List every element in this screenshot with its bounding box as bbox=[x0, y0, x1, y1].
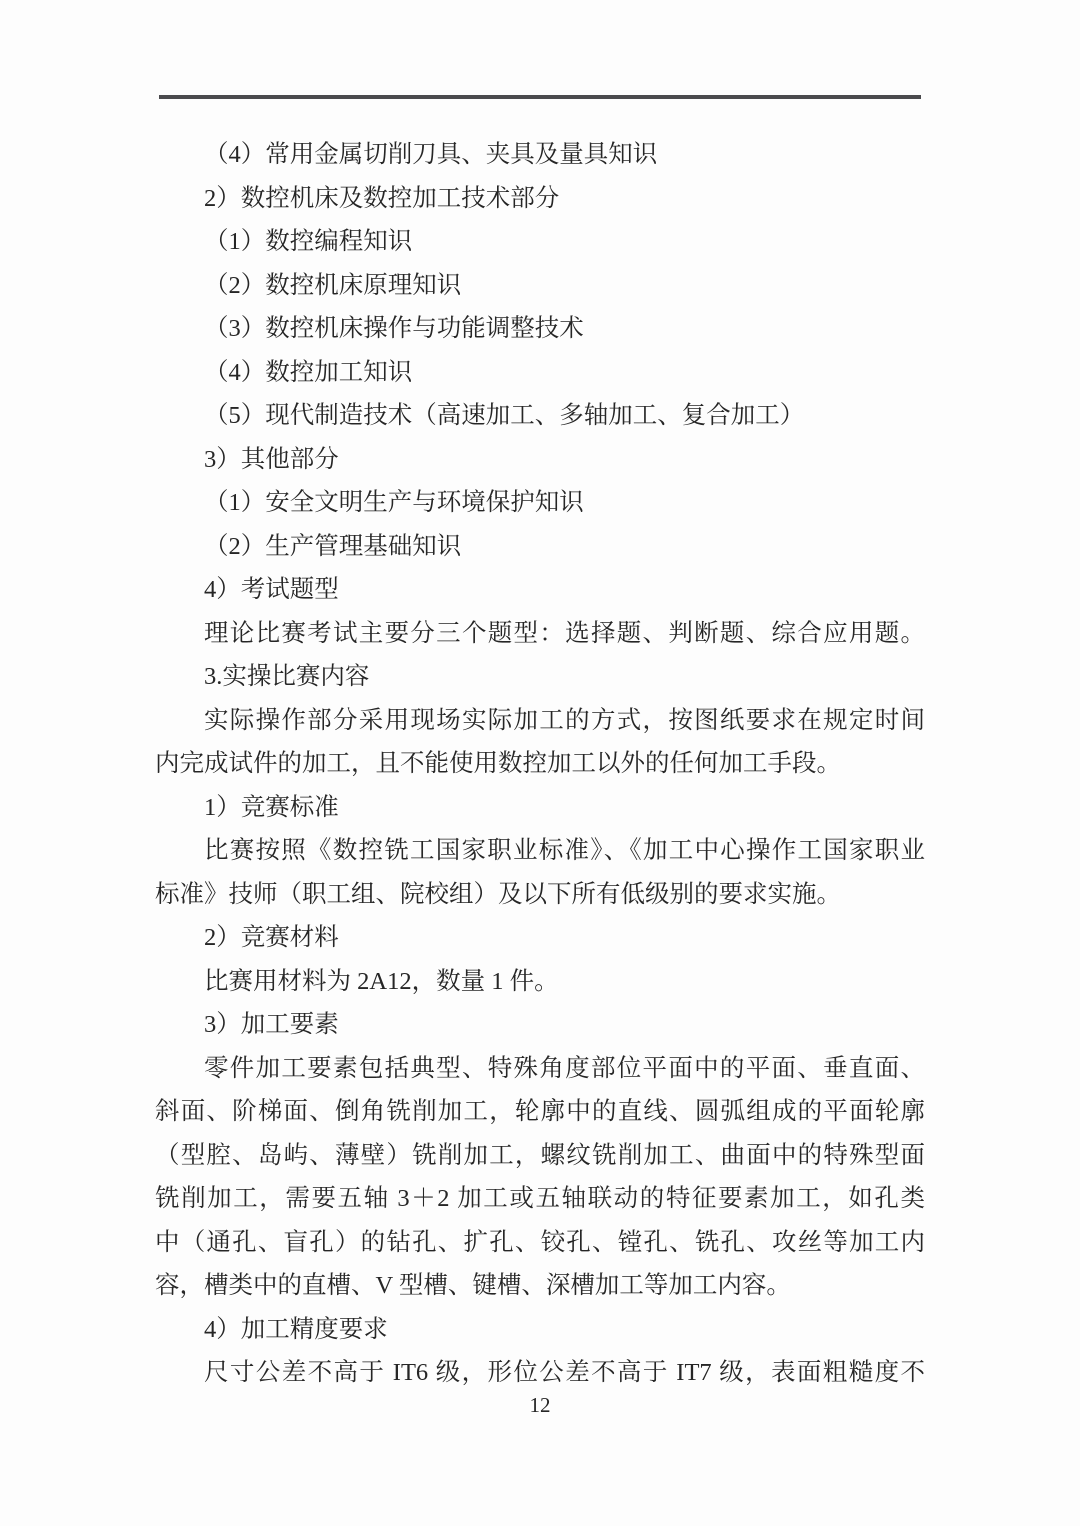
document-body: （4）常用金属切削刀具、夹具及量具知识2）数控机床及数控加工技术部分（1）数控编… bbox=[155, 133, 925, 1395]
text-line: 理论比赛考试主要分三个题型：选择题、判断题、综合应用题。 bbox=[155, 612, 925, 656]
text-line: （5）现代制造技术（高速加工、多轴加工、复合加工） bbox=[155, 394, 925, 438]
text-line: （2）生产管理基础知识 bbox=[155, 525, 925, 569]
text-line: 零件加工要素包括典型、特殊角度部位平面中的平面、垂直面、 bbox=[155, 1047, 925, 1091]
document-page: （4）常用金属切削刀具、夹具及量具知识2）数控机床及数控加工技术部分（1）数控编… bbox=[0, 0, 1080, 1526]
text-line: 4）考试题型 bbox=[155, 568, 925, 612]
text-line: 容，槽类中的直槽、V 型槽、键槽、深槽加工等加工内容。 bbox=[155, 1264, 925, 1308]
header-rule bbox=[159, 95, 921, 99]
text-line: 比赛用材料为 2A12，数量 1 件。 bbox=[155, 960, 925, 1004]
text-line: 内完成试件的加工，且不能使用数控加工以外的任何加工手段。 bbox=[155, 742, 925, 786]
text-line: 尺寸公差不高于 IT6 级，形位公差不高于 IT7 级，表面粗糙度不 bbox=[155, 1351, 925, 1395]
text-line: （4）常用金属切削刀具、夹具及量具知识 bbox=[155, 133, 925, 177]
text-line: 3）加工要素 bbox=[155, 1003, 925, 1047]
text-line: 中（通孔、盲孔）的钻孔、扩孔、铰孔、镗孔、铣孔、攻丝等加工内 bbox=[155, 1221, 925, 1265]
text-line: （2）数控机床原理知识 bbox=[155, 264, 925, 308]
text-line: （4）数控加工知识 bbox=[155, 351, 925, 395]
text-line: 斜面、阶梯面、倒角铣削加工，轮廓中的直线、圆弧组成的平面轮廓 bbox=[155, 1090, 925, 1134]
text-line: 铣削加工，需要五轴 3＋2 加工或五轴联动的特征要素加工，如孔类 bbox=[155, 1177, 925, 1221]
text-line: （1）数控编程知识 bbox=[155, 220, 925, 264]
text-line: 4）加工精度要求 bbox=[155, 1308, 925, 1352]
text-line: 标准》技师（职工组、院校组）及以下所有低级别的要求实施。 bbox=[155, 873, 925, 917]
text-line: 比赛按照《数控铣工国家职业标准》、《加工中心操作工国家职业 bbox=[155, 829, 925, 873]
text-line: （型腔、岛屿、薄壁）铣削加工，螺纹铣削加工、曲面中的特殊型面 bbox=[155, 1134, 925, 1178]
text-line: 2）竞赛材料 bbox=[155, 916, 925, 960]
text-line: 1）竞赛标准 bbox=[155, 786, 925, 830]
text-line: 实际操作部分采用现场实际加工的方式，按图纸要求在规定时间 bbox=[155, 699, 925, 743]
page-number: 12 bbox=[0, 1391, 1080, 1419]
text-line: 3）其他部分 bbox=[155, 438, 925, 482]
text-line: （1）安全文明生产与环境保护知识 bbox=[155, 481, 925, 525]
text-line: 2）数控机床及数控加工技术部分 bbox=[155, 177, 925, 221]
text-line: 3.实操比赛内容 bbox=[155, 655, 925, 699]
text-line: （3）数控机床操作与功能调整技术 bbox=[155, 307, 925, 351]
